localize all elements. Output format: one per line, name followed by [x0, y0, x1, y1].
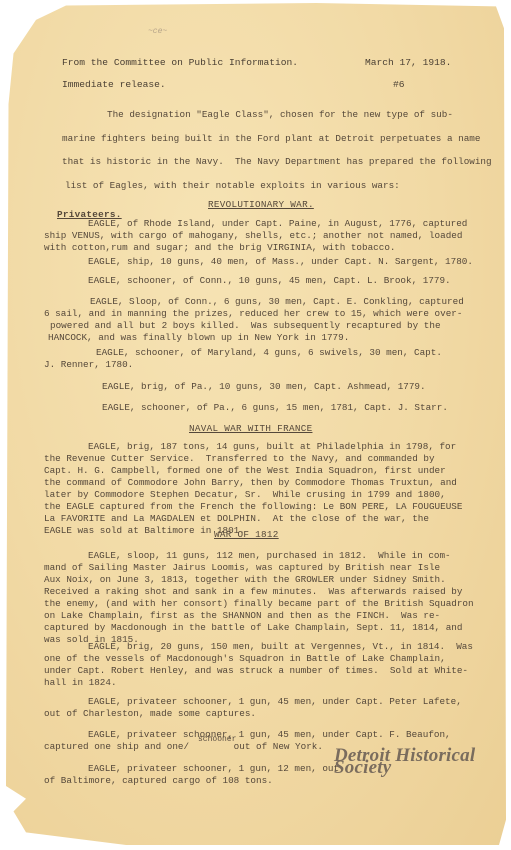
watermark-detroit-historical-society: Detroit Historical Society	[334, 750, 511, 774]
entry: EAGLE, Sloop, of Conn., 6 guns, 30 men, …	[44, 296, 464, 344]
entry: EAGLE, ship, 10 guns, 40 men, of Mass., …	[44, 256, 464, 268]
entry: EAGLE, sloop, 11 guns, 112 men, purchase…	[44, 550, 464, 646]
intro-line: The designation "Eagle Class", chosen fo…	[107, 109, 453, 121]
source-line: From the Committee on Public Information…	[62, 57, 298, 69]
handwritten-annotation: schooner	[198, 734, 236, 746]
entry: EAGLE, privateer schooner, 1 gun, 45 men…	[44, 696, 464, 720]
intro-line: list of Eagles, with their notable explo…	[65, 180, 400, 192]
entry: EAGLE, brig, 187 tons, 14 guns, built at…	[44, 441, 464, 537]
entry: EAGLE, brig, 20 guns, 150 men, built at …	[44, 641, 464, 689]
section-heading-naval-war-with-france: NAVAL WAR WITH FRANCE	[189, 423, 312, 435]
typewritten-document: ~ce~ From the Committee on Public Inform…	[0, 0, 511, 850]
section-heading-war-of-1812: WAR OF 1812	[214, 529, 279, 541]
document-number: #6	[393, 79, 405, 91]
entry: EAGLE, schooner, of Pa., 6 guns, 15 men,…	[44, 402, 464, 414]
entry: EAGLE, of Rhode Island, under Capt. Pain…	[44, 218, 464, 254]
document-date: March 17, 1918.	[365, 57, 451, 69]
pencil-mark: ~ce~	[148, 26, 167, 38]
entry: EAGLE, schooner, of Conn., 10 guns, 45 m…	[44, 275, 464, 287]
entry: EAGLE, brig, of Pa., 10 guns, 30 men, Ca…	[44, 381, 464, 393]
section-heading-revolutionary-war: REVOLUTIONARY WAR.	[208, 199, 314, 211]
release-note: Immediate release.	[62, 79, 166, 91]
intro-line: marine fighters being built in the Ford …	[62, 133, 480, 145]
intro-line: that is historic in the Navy. The Navy D…	[62, 156, 492, 168]
entry: EAGLE, schooner, of Maryland, 4 guns, 6 …	[44, 347, 464, 371]
